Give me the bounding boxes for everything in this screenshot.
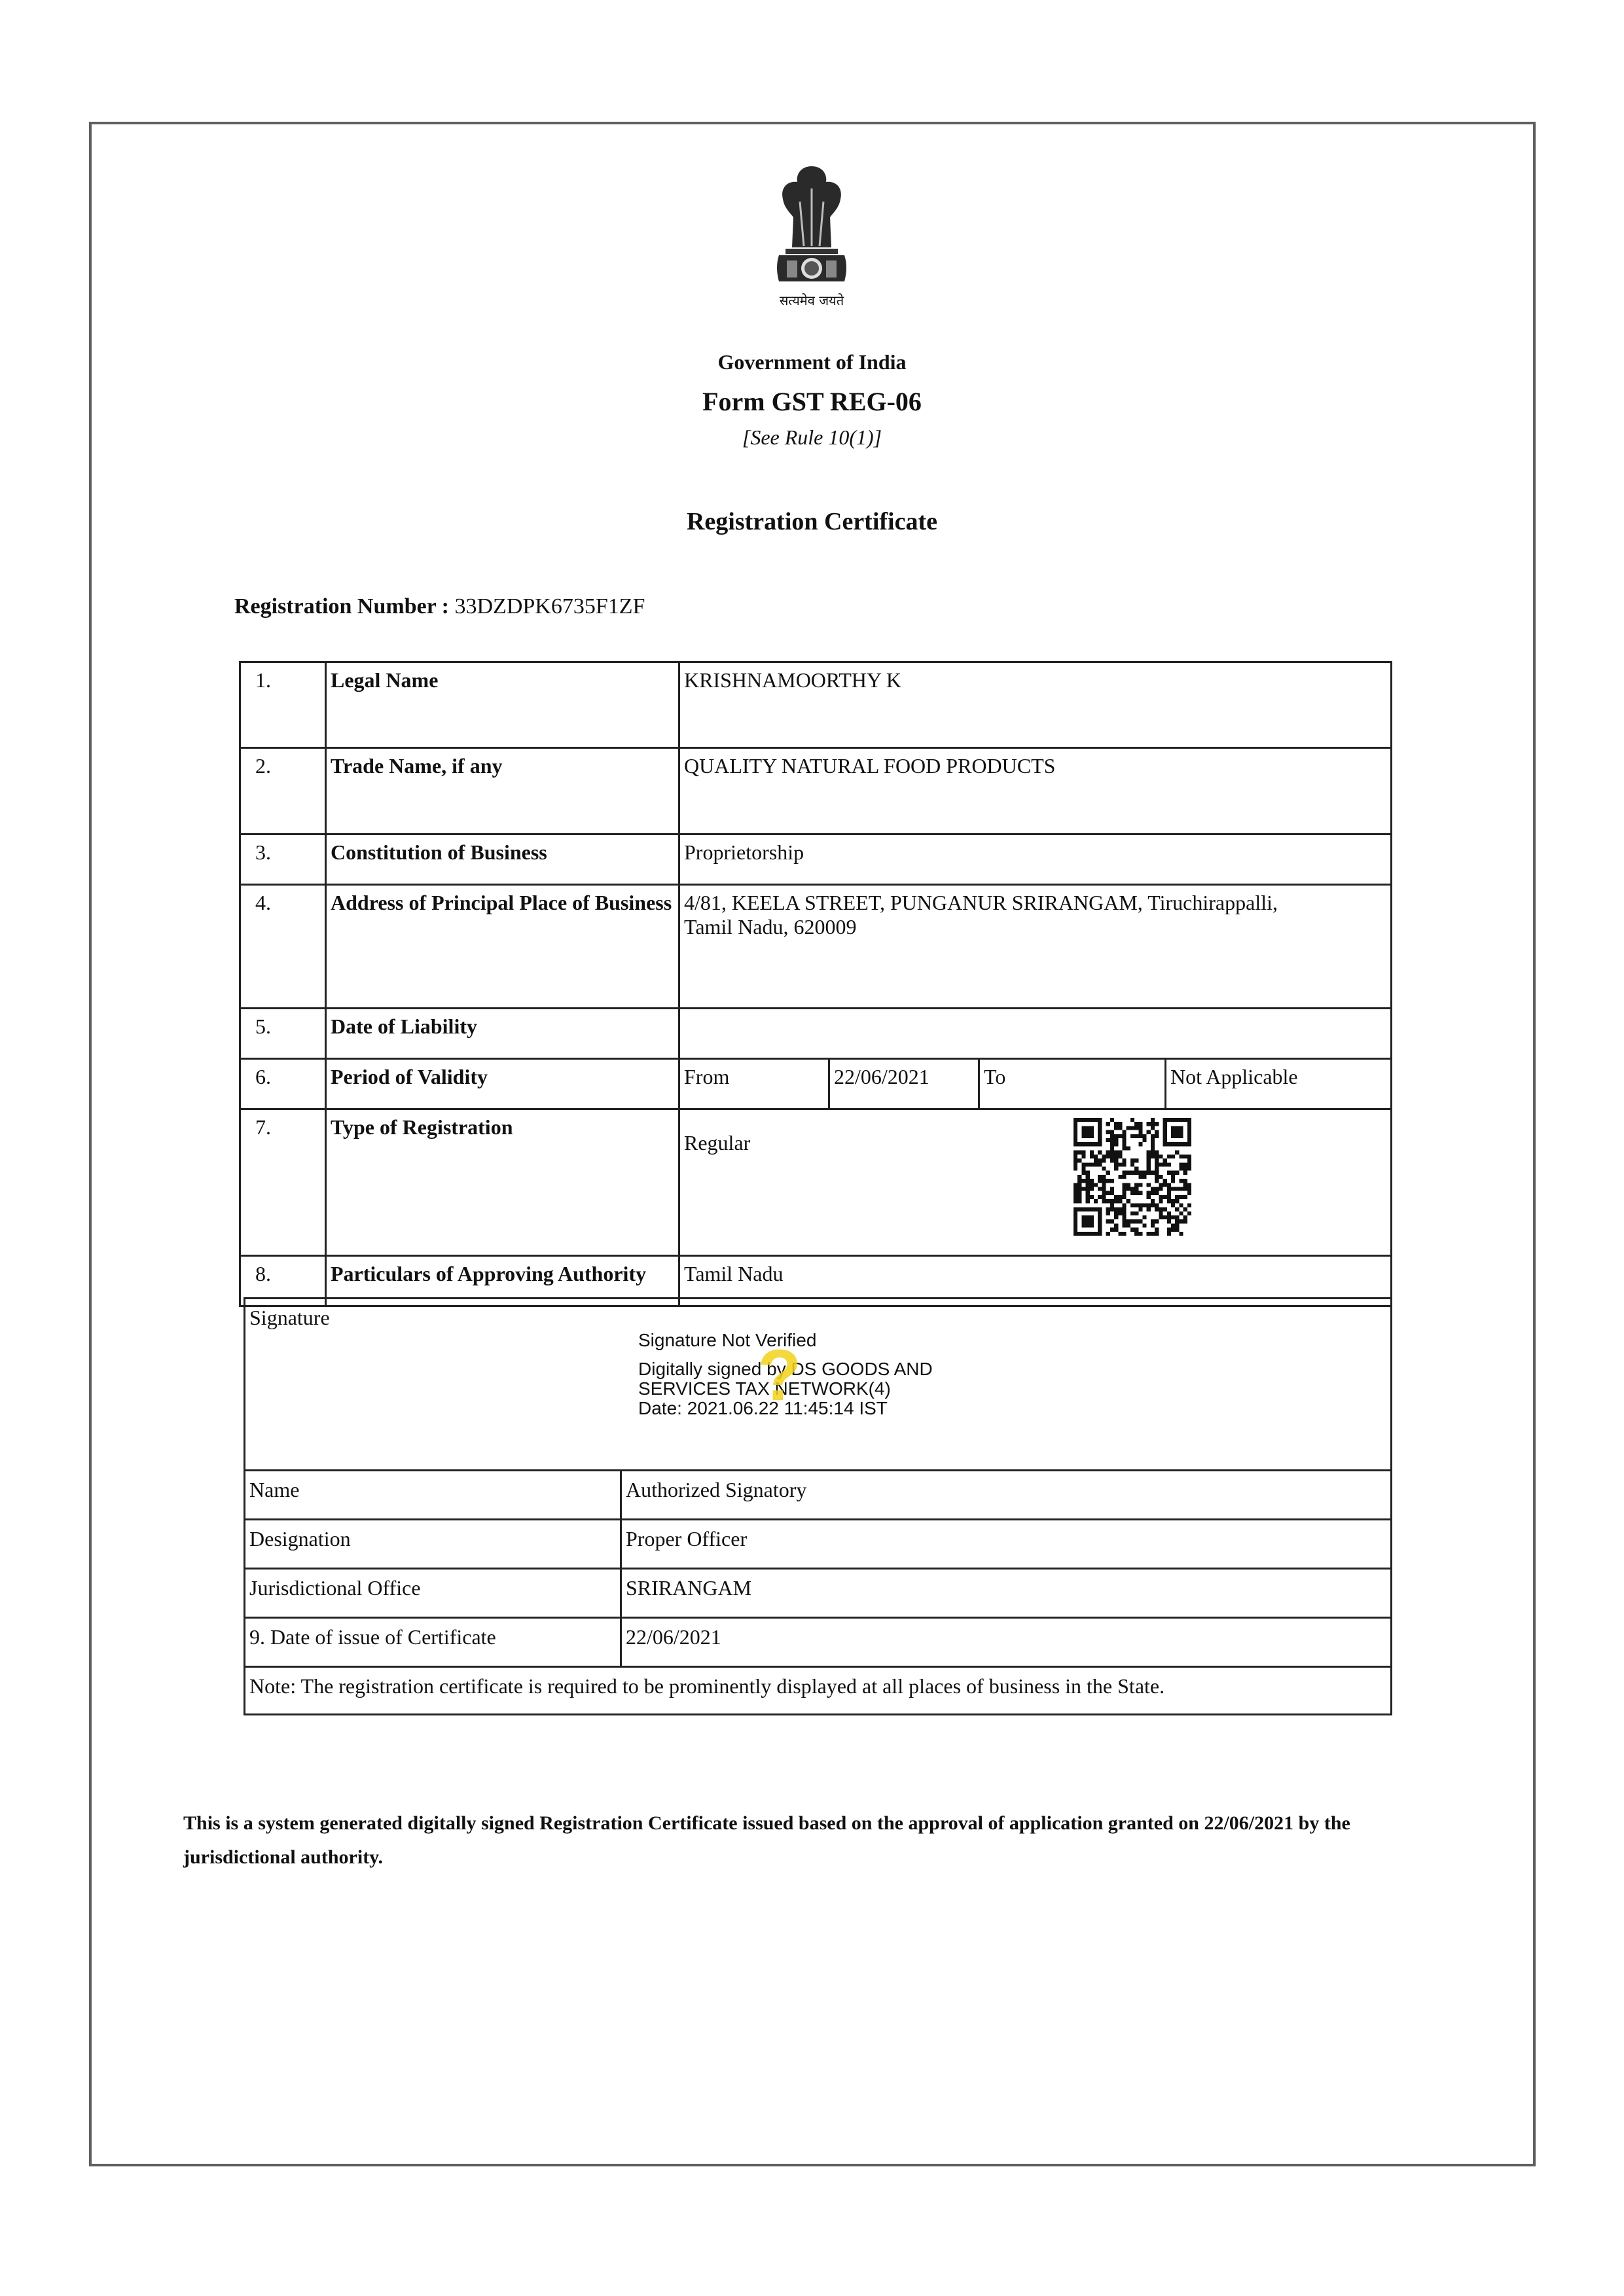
issue-date-value: 22/06/2021 <box>621 1618 1392 1667</box>
registration-type-value: Regular <box>684 1131 1386 1155</box>
row-number: 7. <box>240 1109 326 1256</box>
signature-label: Signature <box>249 1306 1386 1330</box>
constitution-value: Proprietorship <box>679 834 1392 885</box>
validity-from-value: 22/06/2021 <box>829 1059 979 1109</box>
table-row: 2. Trade Name, if any QUALITY NATURAL FO… <box>240 748 1392 834</box>
display-note: Note: The registration certificate is re… <box>245 1667 1392 1715</box>
rule-reference: [See Rule 10(1)] <box>0 425 1624 450</box>
table-row: 7. Type of Registration Regular <box>240 1109 1392 1256</box>
row-label: Legal Name <box>326 662 679 748</box>
address-value: 4/81, KEELA STREET, PUNGANUR SRIRANGAM, … <box>679 885 1392 1009</box>
registration-number-label: Registration Number : <box>234 594 449 619</box>
table-row: 1. Legal Name KRISHNAMOORTHY K <box>240 662 1392 748</box>
digital-signature-stamp[interactable]: ? Signature Not Verified Digitally signe… <box>638 1331 933 1418</box>
officer-name-value: Authorized Signatory <box>621 1471 1392 1520</box>
jurisdictional-office-label: Jurisdictional Office <box>245 1569 621 1618</box>
validity-to-label: To <box>979 1059 1166 1109</box>
jurisdictional-office-value: SRIRANGAM <box>621 1569 1392 1618</box>
row-number: 5. <box>240 1009 326 1059</box>
issue-date-label: 9. Date of issue of Certificate <box>245 1618 621 1667</box>
government-heading: Government of India <box>0 350 1624 374</box>
qr-code-icon[interactable] <box>1074 1118 1191 1236</box>
national-emblem-icon <box>767 162 856 288</box>
table-row: 6. Period of Validity From 22/06/2021 To… <box>240 1059 1392 1109</box>
table-row: Designation Proper Officer <box>245 1520 1392 1569</box>
officer-name-label: Name <box>245 1471 621 1520</box>
row-number: 1. <box>240 662 326 748</box>
form-heading: Form GST REG-06 <box>0 386 1624 417</box>
table-row: 3. Constitution of Business Proprietorsh… <box>240 834 1392 885</box>
row-number: 3. <box>240 834 326 885</box>
validity-to-value: Not Applicable <box>1166 1059 1392 1109</box>
registration-number-value: 33DZDPK6735F1ZF <box>455 594 645 619</box>
table-row: 4. Address of Principal Place of Busines… <box>240 885 1392 1009</box>
date-of-liability-value <box>679 1009 1392 1059</box>
row-number: 2. <box>240 748 326 834</box>
table-row: Jurisdictional Office SRIRANGAM <box>245 1569 1392 1618</box>
row-label: Constitution of Business <box>326 834 679 885</box>
table-row: Note: The registration certificate is re… <box>245 1667 1392 1715</box>
trade-name-value: QUALITY NATURAL FOOD PRODUCTS <box>679 748 1392 834</box>
row-label: Trade Name, if any <box>326 748 679 834</box>
signature-cell: Signature ? Signature Not Verified Digit… <box>245 1299 1392 1471</box>
row-label: Address of Principal Place of Business <box>326 885 679 1009</box>
designation-value: Proper Officer <box>621 1520 1392 1569</box>
certificate-title: Registration Certificate <box>0 507 1624 536</box>
registration-type-cell: Regular <box>679 1109 1392 1256</box>
row-label: Period of Validity <box>326 1059 679 1109</box>
validity-from-label: From <box>679 1059 829 1109</box>
designation-label: Designation <box>245 1520 621 1569</box>
table-row: 9. Date of issue of Certificate 22/06/20… <box>245 1618 1392 1667</box>
details-table: 1. Legal Name KRISHNAMOORTHY K 2. Trade … <box>239 661 1392 1307</box>
registration-number: Registration Number : 33DZDPK6735F1ZF <box>234 594 645 619</box>
question-mark-icon: ? <box>757 1340 801 1412</box>
system-generated-footer: This is a system generated digitally sig… <box>183 1806 1466 1874</box>
row-number: 4. <box>240 885 326 1009</box>
legal-name-value: KRISHNAMOORTHY K <box>679 662 1392 748</box>
table-row: 5. Date of Liability <box>240 1009 1392 1059</box>
motto: सत्यमेव जयते <box>753 291 871 309</box>
row-label: Type of Registration <box>326 1109 679 1256</box>
row-number: 6. <box>240 1059 326 1109</box>
row-label: Date of Liability <box>326 1009 679 1059</box>
table-row: Name Authorized Signatory <box>245 1471 1392 1520</box>
signature-table: Signature ? Signature Not Verified Digit… <box>244 1297 1392 1715</box>
